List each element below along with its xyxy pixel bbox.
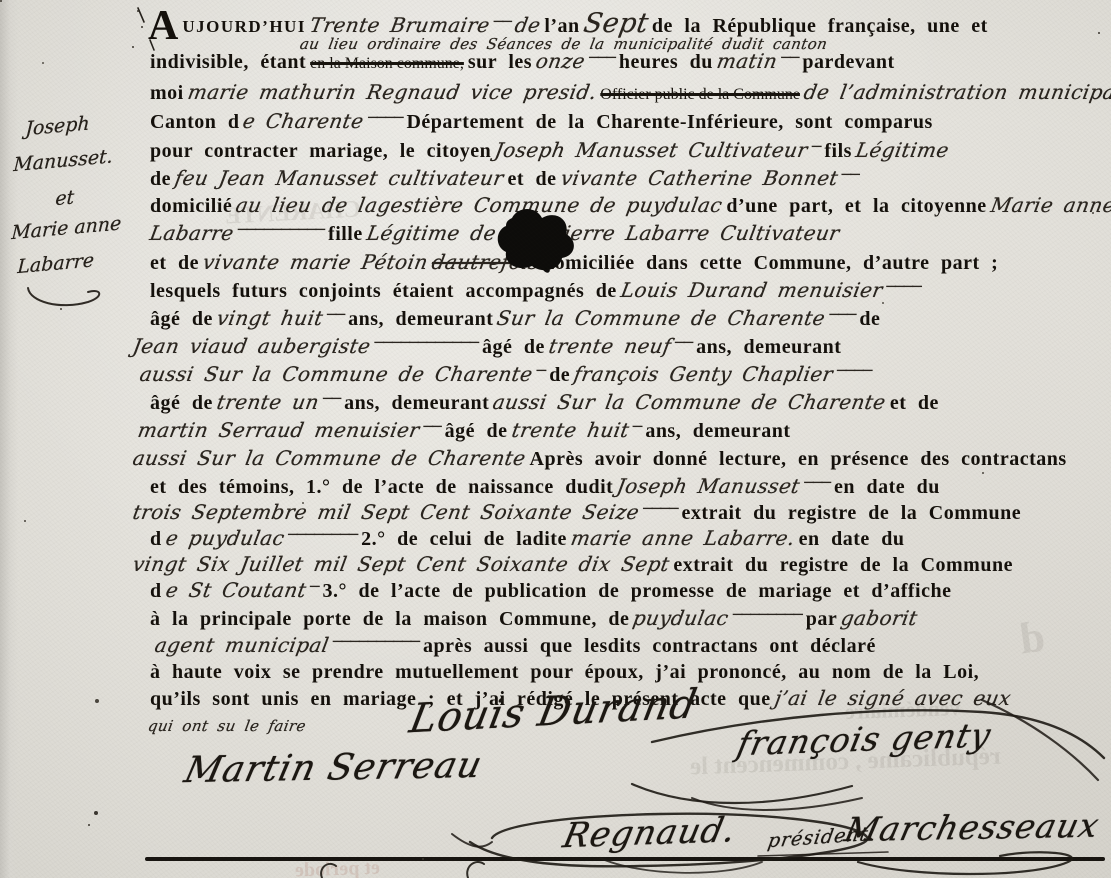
printed-text: sur les	[468, 51, 532, 73]
signature: Martin Serreau	[180, 745, 486, 791]
document-line: trois Septembre mil Sept Cent Soixante S…	[133, 499, 1021, 528]
handwritten-text: e Charente	[241, 108, 366, 135]
document-line: et des témoins, 1.° de l’acte de naissan…	[150, 473, 940, 502]
printed-text: lesquels futurs conjoints étaient accomp…	[150, 280, 617, 302]
ink-rule: ─	[812, 133, 821, 160]
printed-text: de	[549, 364, 570, 386]
document-line: de feu Jean Manusset cultivateur et de v…	[150, 165, 859, 194]
ink-rule: ─	[537, 357, 546, 384]
printed-text: de	[150, 168, 171, 190]
handwritten-text: Sur la Commune de Charente	[495, 305, 828, 332]
document-line: d e puydulac ──────── 2.° de celui de la…	[150, 525, 905, 554]
handwritten-text: dautrefois	[429, 249, 541, 276]
document-line: qui ont su le faire	[148, 713, 306, 740]
document-line: Jean viaud aubergiste ──────────── âgé d…	[133, 333, 841, 362]
document-line: aussi Sur la Commune de Charente ─ de fr…	[140, 361, 871, 390]
signature-paraph-regnaud-2	[452, 834, 492, 847]
printed-text: ans, demeurant	[348, 308, 493, 330]
handwritten-text: agent municipal	[153, 632, 331, 659]
signature-flourish-genty-2	[692, 798, 862, 810]
printed-text: pardevant	[802, 51, 894, 73]
ink-rule: ────	[837, 357, 872, 384]
printed-text: extrait du registre de la Commune	[682, 502, 1022, 524]
ink-rule: ────────────	[374, 329, 478, 356]
ink-rule: ─	[633, 413, 642, 440]
printed-text: à la principale porte de la maison Commu…	[150, 608, 629, 630]
handwritten-text: aussi Sur la Commune de Charente	[491, 389, 888, 416]
handwritten-text: Légitime	[854, 137, 952, 164]
ink-rule: ──	[781, 44, 798, 71]
ink-rule: ────	[886, 273, 921, 300]
printed-text: moi	[150, 82, 184, 104]
handwritten-text: au lieu de lagestière Commune de puydula…	[234, 192, 725, 219]
ink-rule: ─	[310, 573, 319, 600]
printed-text: et des témoins, 1.° de l’acte de naissan…	[150, 476, 613, 498]
scanned-document-page: CHARENTEdrépublicaine , commencent leven…	[0, 0, 1111, 878]
ink-rule: ────	[643, 495, 678, 522]
margin-note-line: Marie anne	[11, 212, 122, 244]
below-rule-stroke-2	[467, 862, 484, 878]
handwritten-text: trois Septembre mil Sept Cent Soixante S…	[131, 499, 642, 526]
printed-text: d	[150, 528, 162, 550]
handwritten-text: j’ai le signé avec eux	[772, 685, 1013, 712]
printed-text: âgé de	[150, 392, 213, 414]
document-line: âgé de vingt huit ── ans, demeurant Sur …	[150, 305, 880, 334]
underline-president	[758, 852, 888, 856]
stray-mark-1	[138, 8, 144, 22]
printed-text: en date du	[799, 528, 905, 550]
document-line: indivisible, étant en la Maison commune,…	[150, 48, 895, 77]
printed-text: domicilié	[150, 195, 232, 217]
handwritten-text: Jean viaud aubergiste	[131, 333, 373, 360]
printed-text: en la Maison commune,	[310, 55, 464, 72]
printed-text: à haute voix se prendre mutuellement pou…	[150, 661, 979, 683]
ink-rule: ──────────	[333, 628, 419, 655]
handwritten-text: trente huit	[509, 417, 631, 444]
printed-text: ans, demeurant	[344, 392, 489, 414]
handwritten-text: françois Genty Chaplier	[572, 361, 835, 388]
document-line: pour contracter mariage, le citoyen Jose…	[150, 137, 949, 166]
printed-text: âgé de	[445, 420, 508, 442]
document-line: d e St Coutant ─ 3.° de l’acte de public…	[150, 577, 951, 606]
handwritten-text: qui ont su le faire	[146, 713, 309, 740]
printed-text: A	[148, 3, 178, 49]
document-line: et de vivante marie Pétoin dautrefois do…	[150, 249, 998, 278]
ink-rule: ────────	[288, 521, 357, 548]
printed-text: 3.° de l’acte de publication de promesse…	[322, 580, 951, 602]
document-line: agent municipal ────────── après aussi q…	[155, 632, 876, 661]
printed-text: et de	[150, 252, 199, 274]
handwritten-text: marie anne Labarre.	[568, 525, 797, 552]
ink-rule: ───	[589, 44, 615, 71]
handwritten-text: e St Coutant	[163, 577, 308, 604]
ink-specks	[0, 0, 2, 2]
paper-edge	[0, 0, 18, 878]
printed-text: extrait du registre de la Commune	[673, 554, 1013, 576]
handwritten-text: marie mathurin Regnaud vice presid.	[185, 79, 598, 106]
ink-rule: ────────	[733, 601, 802, 628]
printed-text: domiciliée dans cette Commune, d’autre p…	[543, 252, 998, 274]
printed-text: Département de la Charente-Inférieure, s…	[406, 111, 932, 133]
ink-rule: ──	[323, 385, 340, 412]
printed-text: d	[150, 580, 162, 602]
handwritten-text: gaborit	[839, 605, 920, 632]
document-line: lesquels futurs conjoints étaient accomp…	[150, 277, 921, 306]
margin-note-line: Manusset.	[13, 145, 113, 176]
printed-text: et de	[890, 392, 939, 414]
document-line: aussi Sur la Commune de Charente Après a…	[133, 445, 1067, 474]
signature-flourish-genty	[632, 784, 852, 803]
handwritten-text: vivante marie Pétoin	[201, 249, 431, 276]
ink-rule: ──	[675, 329, 692, 356]
handwritten-text: matin	[715, 48, 780, 75]
handwritten-text: trente neuf	[547, 333, 674, 360]
handwritten-text: de l’administration municipale du	[802, 79, 1111, 106]
margin-note-line: Labarre	[17, 249, 95, 278]
ink-rule: ────	[368, 104, 403, 131]
handwritten-text: feu Jean Manusset cultivateur	[173, 165, 506, 192]
margin-note-line: et	[55, 186, 75, 210]
printed-text: d’une part, et la citoyenne	[726, 195, 986, 217]
document-line: moi marie mathurin Regnaud vice presid. …	[150, 79, 1111, 108]
handwritten-text: Louis Durand menuisier	[618, 277, 884, 304]
printed-text: 2.° de celui de ladite	[361, 528, 567, 550]
printed-text: UJOURD’HUI	[182, 17, 306, 36]
printed-text: âgé de	[482, 336, 545, 358]
bleedthrough-text: d	[1017, 611, 1048, 665]
printed-text: en date du	[834, 476, 940, 498]
printed-text: heures du	[619, 51, 713, 73]
ink-rule: ──────────	[238, 216, 324, 243]
printed-text: et de	[507, 168, 556, 190]
document-line: âgé de trente un ── ans, demeurant aussi…	[150, 389, 939, 418]
handwritten-text: aussi Sur la Commune de Charente	[138, 361, 535, 388]
printed-text: après aussi que lesdits contractans ont …	[423, 635, 876, 657]
printed-text: ans, demeurant	[645, 420, 790, 442]
handwritten-text: Joseph Manusset Cultivateur	[493, 137, 810, 164]
handwritten-text: trente un	[215, 389, 322, 416]
handwritten-text: Marie anne	[988, 192, 1111, 219]
signature: Regnaud.	[559, 810, 740, 856]
handwritten-text: vingt Six Juillet mil Sept Cent Soixante…	[131, 551, 672, 578]
handwritten-text: aussi Sur la Commune de Charente	[131, 445, 528, 472]
handwritten-text: vivante Catherine Bonnet	[558, 165, 840, 192]
printed-text: fille	[328, 223, 363, 245]
signature: Marchesseaux	[841, 806, 1103, 850]
ink-rule: ──	[423, 413, 440, 440]
printed-text: de	[859, 308, 880, 330]
handwritten-text: onze	[534, 48, 588, 75]
printed-text: par	[806, 608, 838, 630]
handwritten-text: puydulac	[631, 605, 731, 632]
margin-flourish	[28, 288, 99, 305]
document-line: Labarre ────────── fille Légitime de feu…	[150, 220, 839, 249]
printed-text: indivisible, étant	[150, 51, 306, 73]
ink-rule: ──	[842, 161, 859, 188]
handwritten-text: e puydulac	[163, 525, 286, 552]
printed-text: ans, demeurant	[696, 336, 841, 358]
printed-text: pour contracter mariage, le citoyen	[150, 140, 491, 162]
handwritten-text: vingt huit	[215, 305, 326, 332]
handwritten-text: Légitime de feu pierre Labarre Cultivate…	[364, 220, 841, 247]
printed-text: âgé de	[150, 308, 213, 330]
document-line: à la principale porte de la maison Commu…	[150, 605, 918, 634]
document-line: à haute voix se prendre mutuellement pou…	[150, 659, 979, 687]
ink-rule: ───	[829, 301, 855, 328]
document-line: martin Serraud menuisier ── âgé de trent…	[138, 417, 791, 446]
margin-note-line: Joseph	[25, 112, 90, 140]
handwritten-text: martin Serraud menuisier	[136, 417, 422, 444]
handwritten-text: Labarre	[148, 220, 236, 247]
ink-rule: ───	[804, 469, 830, 496]
document-line: vingt Six Juillet mil Sept Cent Soixante…	[133, 551, 1013, 580]
printed-text: fils	[824, 140, 852, 162]
printed-text: Après avoir donné lecture, en présence d…	[530, 448, 1067, 470]
bottom-rule	[145, 857, 1105, 861]
ink-rule: ──	[327, 301, 344, 328]
printed-text: Canton d	[150, 111, 239, 133]
printed-text: Officier public de la Commune	[600, 86, 800, 103]
signature-flourish-marchesseaux	[858, 852, 1072, 874]
